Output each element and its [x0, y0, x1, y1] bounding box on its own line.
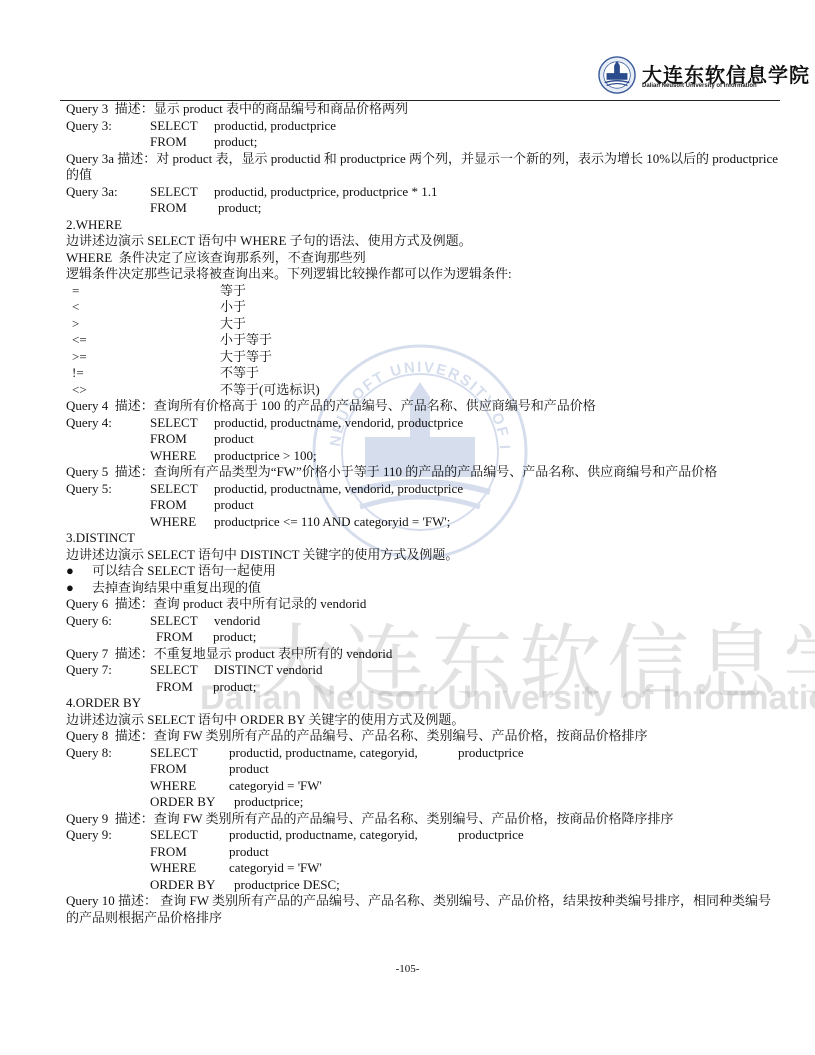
section-where-title: 2.WHERE — [66, 217, 778, 234]
query-4-select-line: Query 4:SELECTproductid, productname, ve… — [66, 415, 778, 432]
query-3-description: Query 3 描述：显示 product 表中的商品编号和商品价格两列 — [66, 101, 778, 118]
sql-select-columns: vendorid — [214, 613, 260, 628]
bullet-item: ●去掉查询结果中重复出现的值 — [66, 580, 778, 597]
section-where-line2: WHERE 条件决定了应该查询那系列，不查询那些列 — [66, 250, 778, 267]
query-3a-from-line: FROMproduct; — [66, 200, 778, 217]
sql-select-columns-tail: productprice — [458, 745, 524, 760]
query-label: Query 3: — [66, 118, 150, 135]
sql-keyword-where: WHERE — [150, 778, 229, 795]
query-5-from-line: FROMproduct — [66, 497, 778, 514]
sql-keyword-from: FROM — [150, 497, 214, 514]
query-8-description: Query 8 描述：查询 FW 类别所有产品的产品编号、产品名称、类别编号、产… — [66, 728, 778, 745]
sql-select-columns: productid, productprice — [214, 118, 336, 133]
sql-order-column: productprice; — [234, 794, 303, 809]
sql-keyword-select: SELECT — [150, 415, 214, 432]
sql-select-columns: productid, productname, vendorid, produc… — [214, 415, 463, 430]
sql-keyword-select: SELECT — [150, 745, 229, 762]
bullet-text: 去掉查询结果中重复出现的值 — [92, 580, 261, 595]
university-name-en: Dalian Neusoft University of Information — [642, 83, 757, 89]
sql-keyword-order-by: ORDER BY — [150, 877, 234, 894]
query-label: Query 7: — [66, 662, 150, 679]
sql-where-condition: categoryid = 'FW' — [229, 860, 322, 875]
sql-select-columns: DISTINCT vendorid — [214, 662, 322, 677]
query-8-where-line: WHEREcategoryid = 'FW' — [66, 778, 778, 795]
operator-symbol: <= — [66, 332, 220, 349]
query-label: Query 6: — [66, 613, 150, 630]
sql-where-condition: categoryid = 'FW' — [229, 778, 322, 793]
sql-select-columns: productid, productname, categoryid, — [229, 827, 458, 844]
section-orderby-title: 4.ORDER BY — [66, 695, 778, 712]
query-label: Query 5: — [66, 481, 150, 498]
sql-from-table: product — [214, 431, 254, 446]
sql-keyword-from: FROM — [156, 629, 213, 646]
operator-symbol: <> — [66, 382, 220, 399]
page-number: -105- — [0, 963, 815, 975]
sql-keyword-select: SELECT — [150, 613, 214, 630]
operator-row: <>不等于(可选标识) — [66, 382, 778, 399]
query-5-where-line: WHEREproductprice <= 110 AND categoryid … — [66, 514, 778, 531]
sql-select-columns: productid, productname, vendorid, produc… — [214, 481, 463, 496]
bullet-text: 可以结合 SELECT 语句一起使用 — [92, 563, 276, 578]
section-distinct-title: 3.DISTINCT — [66, 530, 778, 547]
section-where-intro: 边讲述边演示 SELECT 语句中 WHERE 子句的语法、使用方式及例题。 — [66, 233, 778, 250]
query-9-orderby-line: ORDER BYproductprice DESC; — [66, 877, 778, 894]
query-6-description: Query 6 描述：查询 product 表中所有记录的 vendorid — [66, 596, 778, 613]
sql-from-table: product; — [214, 134, 257, 149]
query-label: Query 3a: — [66, 184, 150, 201]
query-5-select-line: Query 5:SELECTproductid, productname, ve… — [66, 481, 778, 498]
sql-from-table: product; — [213, 679, 256, 694]
query-3-from-line: FROMproduct; — [66, 134, 778, 151]
query-4-from-line: FROMproduct — [66, 431, 778, 448]
sql-from-table: product — [214, 497, 254, 512]
sql-where-condition: productprice > 100; — [214, 448, 317, 463]
operator-row: <小于 — [66, 299, 778, 316]
section-distinct-intro: 边讲述边演示 SELECT 语句中 DISTINCT 关键字的使用方式及例题。 — [66, 547, 778, 564]
sql-keyword-order-by: ORDER BY — [150, 794, 234, 811]
operator-meaning: 小于等于 — [220, 332, 272, 347]
sql-keyword-from: FROM — [150, 761, 229, 778]
operator-meaning: 等于 — [220, 283, 246, 298]
sql-keyword-where: WHERE — [150, 448, 214, 465]
query-4-description: Query 4 描述：查询所有价格高于 100 的产品的产品编号、产品名称、供应… — [66, 398, 778, 415]
operator-row: >=大于等于 — [66, 349, 778, 366]
university-emblem-icon — [598, 56, 636, 94]
query-7-from-line: FROMproduct; — [66, 679, 778, 696]
query-7-description: Query 7 描述：不重复地显示 product 表中所有的 vendorid — [66, 646, 778, 663]
query-6-from-line: FROMproduct; — [66, 629, 778, 646]
section-orderby-intro: 边讲述边演示 SELECT 语句中 ORDER BY 关键字的使用方式及例题。 — [66, 712, 778, 729]
sql-from-table: product; — [218, 200, 261, 215]
bullet-item: ●可以结合 SELECT 语句一起使用 — [66, 563, 778, 580]
sql-keyword-select: SELECT — [150, 827, 229, 844]
query-8-orderby-line: ORDER BYproductprice; — [66, 794, 778, 811]
sql-keyword-select: SELECT — [150, 184, 214, 201]
operator-meaning: 不等于(可选标识) — [220, 382, 320, 397]
operator-symbol: < — [66, 299, 220, 316]
operator-meaning: 大于等于 — [220, 349, 272, 364]
operator-symbol: = — [66, 283, 220, 300]
sql-from-table: product; — [213, 629, 256, 644]
query-label: Query 4: — [66, 415, 150, 432]
operator-row: =等于 — [66, 283, 778, 300]
sql-keyword-select: SELECT — [150, 662, 214, 679]
sql-keyword-from: FROM — [150, 431, 214, 448]
query-7-select-line: Query 7:SELECTDISTINCT vendorid — [66, 662, 778, 679]
sql-keyword-select: SELECT — [150, 118, 214, 135]
operator-symbol: != — [66, 365, 220, 382]
operator-row: <=小于等于 — [66, 332, 778, 349]
university-logo: 大连东软信息学院 Dalian Neusoft University of In… — [598, 56, 786, 96]
query-9-from-line: FROMproduct — [66, 844, 778, 861]
operator-row: !=不等于 — [66, 365, 778, 382]
operator-meaning: 大于 — [220, 316, 246, 331]
sql-select-columns: productid, productname, categoryid, — [229, 745, 458, 762]
sql-keyword-where: WHERE — [150, 860, 229, 877]
query-6-select-line: Query 6:SELECTvendorid — [66, 613, 778, 630]
query-label: Query 8: — [66, 745, 150, 762]
section-where-line3: 逻辑条件决定那些记录将被查询出来。下列逻辑比较操作都可以作为逻辑条件: — [66, 266, 778, 283]
query-8-select-line: Query 8:SELECTproductid, productname, ca… — [66, 745, 778, 762]
sql-keyword-where: WHERE — [150, 514, 214, 531]
sql-keyword-from: FROM — [150, 134, 214, 151]
query-9-where-line: WHEREcategoryid = 'FW' — [66, 860, 778, 877]
sql-order-column: productprice DESC; — [234, 877, 340, 892]
query-label: Query 9: — [66, 827, 150, 844]
sql-keyword-select: SELECT — [150, 481, 214, 498]
operator-meaning: 不等于 — [220, 365, 259, 380]
operator-row: >大于 — [66, 316, 778, 333]
bullet-icon: ● — [66, 580, 92, 597]
query-5-description: Query 5 描述：查询所有产品类型为“FW”价格小于等于 110 的产品的产… — [66, 464, 778, 481]
operator-symbol: >= — [66, 349, 220, 366]
operator-meaning: 小于 — [220, 299, 246, 314]
sql-where-condition: productprice <= 110 AND categoryid = 'FW… — [214, 514, 450, 529]
query-9-description: Query 9 描述：查询 FW 类别所有产品的产品编号、产品名称、类别编号、产… — [66, 811, 778, 828]
sql-keyword-from: FROM — [150, 844, 229, 861]
query-10-description: Query 10 描述： 查询 FW 类别所有产品的产品编号、产品名称、类别编号… — [66, 893, 778, 926]
sql-from-table: product — [229, 761, 269, 776]
document-body: Query 3 描述：显示 product 表中的商品编号和商品价格两列 Que… — [66, 101, 778, 926]
sql-select-columns-tail: productprice — [458, 827, 524, 842]
bullet-icon: ● — [66, 563, 92, 580]
sql-keyword-from: FROM — [150, 200, 218, 217]
query-3a-select-line: Query 3a:SELECTproductid, productprice, … — [66, 184, 778, 201]
sql-keyword-from: FROM — [156, 679, 213, 696]
query-8-from-line: FROMproduct — [66, 761, 778, 778]
sql-select-columns: productid, productprice, productprice * … — [214, 184, 437, 199]
sql-from-table: product — [229, 844, 269, 859]
operator-symbol: > — [66, 316, 220, 333]
query-4-where-line: WHEREproductprice > 100; — [66, 448, 778, 465]
query-9-select-line: Query 9:SELECTproductid, productname, ca… — [66, 827, 778, 844]
query-3a-description: Query 3a 描述：对 product 表，显示 productid 和 p… — [66, 151, 778, 184]
query-3-select-line: Query 3:SELECTproductid, productprice — [66, 118, 778, 135]
